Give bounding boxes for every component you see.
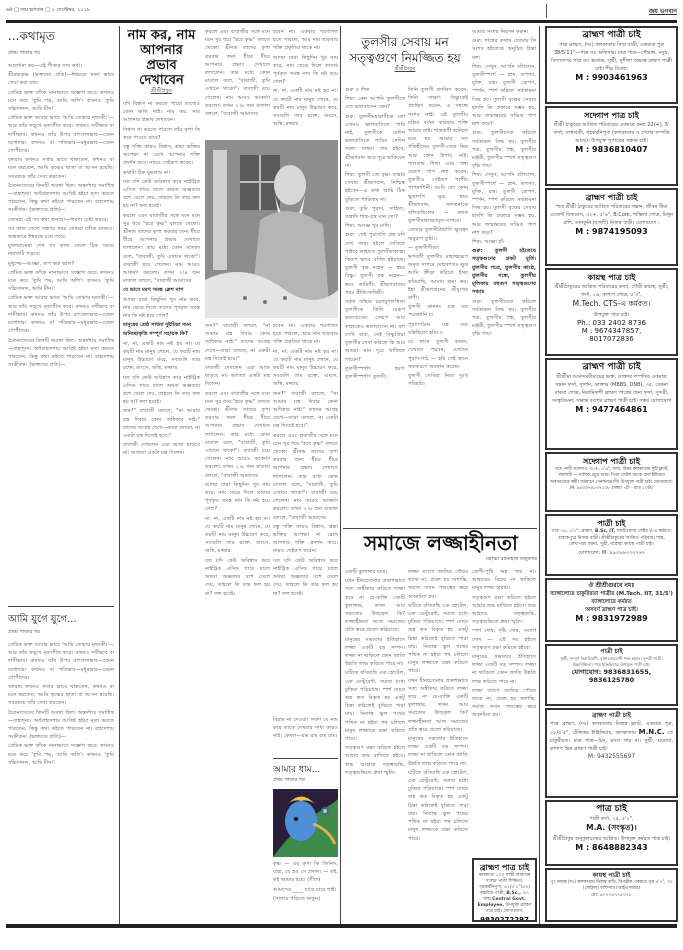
article-tulsi-col1: গুরু ও শিষ্য শিষ্য: কেন আপনি তুলসীকে এত … <box>345 86 405 526</box>
ad-phone: 9830272297 <box>477 915 532 922</box>
ad-body: শ্রীশ্রী ঠাকুরের আশ্রিত পরিবারের একমাত্র… <box>550 121 673 145</box>
article-samaje-col3: রোগী-পুষ্টি অন্ন খায় না। আহারের বিচার ন… <box>472 568 536 858</box>
paragraph: প্রেমিক ভক্ত তাঁকে নানাভাবে সম্ভোগ করে। … <box>8 742 114 767</box>
ad-highlight: M.N.C. <box>639 728 665 736</box>
ad-body: পাত্র ৩৬, ৫'৮", ব্রাহ্মণ, B.Sc, IT, সফটও… <box>550 529 673 549</box>
paragraph: — তুলসীগীতা। <box>408 244 468 252</box>
paragraph: শিষ্য: আজ্ঞে খুব মানি। <box>345 222 405 230</box>
paragraph: গুরু: তুলসীমহারাণীকে তো এখনও ভালবাসিতে প… <box>345 113 405 170</box>
ad-highlight: M.A. (সংস্কৃত)। <box>550 823 673 835</box>
column-divider <box>539 26 540 924</box>
ad-body: পাত্র ব্রাহ্মণ, (দঃ) কলকাতায় নিজস্ব ফ্ল… <box>550 720 673 753</box>
paragraph: আচ্ছা যারা কিছুদিন খুব নাম করে, নাম ছেড়… <box>123 296 200 321</box>
ad-body: সুশ্রী, সম্পূর্ণ নিরামিষাশী, বাঙ্গালোরবা… <box>550 656 673 668</box>
paragraph: যদি বিশ্বাস না করতে পারো তাতেও কোন ক্ষতি… <box>123 100 200 125</box>
article-byline: শ্রীশ্রীঠাকুর <box>345 66 465 74</box>
ad-body: পাত্র শ্রীশ্রী ঠাকুরের আশ্রিত পরিবারের স… <box>550 203 673 227</box>
article-body: যদি বিশ্বাস না করতে পারো তাতেও কোন ক্ষতি… <box>123 100 200 458</box>
ad-title: সদ্গোপ পাত্রী চাই <box>550 456 673 467</box>
article-tulsi-col2: তিনি তুলসী প্রদক্ষিণ করেন, তিনি সাক্ষাৎ … <box>408 86 468 526</box>
paragraph: করলে এবং বাবাজীর সঙ্গে মনে মনে সুর ধরে "… <box>123 212 200 286</box>
classified-ad-10: ব্রাহ্মণ পাত্রী চাই পাত্র ব্রাহ্মণ, (দঃ)… <box>545 708 678 798</box>
paragraph: আমার সংশয় নিরসন করুন। <box>472 28 536 36</box>
subhead: মানুষের শ্রেষ্ঠ সাধনা দুষ্টচিন্তা দমন <box>123 321 200 329</box>
paragraph: আচ্ছা যারা কিছুদিন খুব নাম করে, নাম ছেড়… <box>205 481 270 514</box>
paragraph: কথাটা ঠিক বুঝলাম না। <box>123 169 200 177</box>
subhead: যে ভাবে মরণ সমস্ত ক্লেশ নাশ <box>123 286 200 294</box>
paragraph: ঘটিতে বসিয়াছি এক হোটেল, এক রেস্টুরেন্ট,… <box>345 669 405 743</box>
paragraph: ভগবতী তুলসীর মাহাত্ম্যরূপ অমৃত সাগরে মোহ… <box>408 253 468 302</box>
paragraph: তিনি তুলসী প্রদক্ষিণ করেন, তিনি সাক্ষাৎ … <box>408 86 468 225</box>
paragraph: না, না, একটি নাম নষ্ট হয় না। যে কয়টি ন… <box>123 340 200 373</box>
bold-paragraph: গুরু: তুলসী হইতেছে সত্ত্বগুণের প্রকট মূর… <box>472 247 536 296</box>
ad-title: ব্রাহ্মণ পাত্রী চাই <box>550 30 673 41</box>
paragraph: যত যদি কেউ অবিশ্বাস করে নাইট্রিক এসিড গা… <box>123 374 200 407</box>
article-body: হবেন না। একবার শরণাগত হতে পারলে, আর নাম … <box>273 28 338 128</box>
ad-body: পাত্র পদবী সদ্গোপ, ৩০+, ৫'৬", ফর্সা, উত্… <box>550 467 673 493</box>
paragraph: (পাতায় পড়িতে থাকুন) <box>273 895 338 903</box>
article-title: সমাজে লজ্জাহীনতা <box>345 530 537 556</box>
ad-phone: 8017072836 <box>550 335 673 343</box>
ad-body: ব্যাঙ্গালোরে কর্মরত <box>550 598 673 606</box>
ad-body: পাত্র ব্রাহ্মণ, (দঃ) কলকাতায় নিজ বাড়ী,… <box>550 41 673 73</box>
paragraph: জন?" বাবাজী বললে, "না আমার মন্ত্র দিবার … <box>123 407 200 440</box>
paragraph: শিষ্য: কেন আপনি তুলসীকে এত ভালবাসেন কেন? <box>345 95 405 111</box>
article-byline: প্রথম পাতার পর <box>8 629 114 637</box>
paragraph: কৃষ্ণ — এর কৃপা কি জিনিস, যাহা, যে হও সে… <box>273 860 338 885</box>
paragraph: গুরু: শাস্ত্রের কথায় তোমার কি সংশয় হইত… <box>472 37 536 62</box>
article-samaje-col2: লজ্জা ত্যাগে জাতির গৌরব থাকে না, প্রবল হ… <box>408 568 468 923</box>
ad-title: পাত্র চাই <box>550 804 673 815</box>
article-title: ...কথামৃত <box>8 28 114 48</box>
ad-phone: M : 8648882343 <box>550 843 673 853</box>
classified-ad-4: কায়স্থ পাত্র চাই শ্রীশ্রীঠাকুরের আশ্রিত… <box>545 268 678 356</box>
ad-body: শ্রীশ্রীঠাকুর অনুকূলচন্দ্রের আশ্রিত। উপয… <box>550 835 673 843</box>
paragraph: লজ্জা ত্যাগে জাতির গৌরব থাকে না, প্রবল হ… <box>472 687 536 720</box>
krishna-painting-icon <box>273 789 338 857</box>
paragraph: আচ্ছা যারা কিছুদিন খুব নাম করে, নাম ছেড়… <box>273 54 338 87</box>
ad-title: পাত্রী চাই <box>550 518 673 529</box>
paragraph: গুরু ও শিষ্য <box>345 86 405 94</box>
article-body: গুরু ও শিষ্য শিষ্য: কেন আপনি তুলসীকে এত … <box>345 86 405 381</box>
paragraph: যত যদি কেউ অবিশ্বাস করে নাইট্রিক এসিড গা… <box>205 557 270 598</box>
paragraph: আরাধনা কর—এই গীতার সার কথা। <box>8 62 114 70</box>
article-byline: প্রথম পাতার পর <box>273 777 338 785</box>
article-body: জন?" বাবাজী বললে, "না আমার মন্ত্র দিবার … <box>205 322 270 598</box>
article-samaje-col1: একটি কুলাঙ্গার মাত্র। যখন হীনচেতনার প্রক… <box>345 568 405 923</box>
paragraph: প্রেমিক ভক্ত তাঁকে নানাভাবে সম্ভোগ করে। … <box>8 89 114 114</box>
article-title: আমার ধাম... <box>273 762 338 777</box>
article-body: লজ্জা ত্যাগে জাতির গৌরব থাকে না, প্রবল হ… <box>408 568 468 843</box>
ad-body: কলকাতা ১০০ শাস্ত্রী আবাসন সংলগ্ন পাত্রী … <box>477 873 532 915</box>
ad-body: পুঃ কায়স্থ (দঃ) কলকাতায় নিজস্ব বাড়ি, … <box>550 880 673 892</box>
classified-ad-brahmin-groom: ব্রাহ্মণ পাত্র চাই কলকাতা ১০০ শাস্ত্রী আ… <box>472 858 537 922</box>
paragraph: চৈতন্যদেবের তিনটি অবস্থা ছিল। অন্তর্দশায… <box>8 709 114 742</box>
article-body: আমার সংশয় নিরসন করুন। গুরু: শাস্ত্রের ক… <box>472 28 536 339</box>
paragraph: না, না, একটি নাম নষ্ট হয় না। যে কয়টি ন… <box>205 515 270 556</box>
article-body: আরাধনা কর—এই গীতার সার কথা। শ্রীরামকৃষ্ণ… <box>8 62 114 369</box>
paragraph: জন?" বাবাজী বললে, "না আমার মন্ত্র দিবার … <box>205 322 270 363</box>
article-tulsi-col3: আমার সংশয় নিরসন করুন। গুরু: শাস্ত্রের ক… <box>472 28 536 526</box>
ad-phone: M : 9836810407 <box>550 145 673 155</box>
ad-body: শ্রীশ্রীঠাকুরের আশ্রিত পরিবারের কন্যা, গ… <box>550 283 673 299</box>
ad-body: পাত্রী ফর্সা, ২৫, ৫'২", <box>550 815 673 823</box>
ad-title: ব্রাহ্মণ পাত্র চাই <box>477 862 532 873</box>
paragraph: প্রেমিক ভক্ত তাঁকে নানাভাবে সম্ভোগ করে। … <box>8 269 114 294</box>
paragraph: করলে এবং বাবাজীর সঙ্গে মনে মনে সুর ধরে "… <box>205 28 270 118</box>
paragraph: ঘটিতে বসিয়াছি এক হোটেল, এক রেস্টুরেন্ট,… <box>408 769 468 843</box>
ad-phone: 9836125780 <box>550 676 673 684</box>
paragraph: মানুষের সভ্যতার ইতিহাসে লজ্জা একটি বড় স… <box>472 653 536 686</box>
column-divider <box>119 26 120 924</box>
article-title: আমি যুগে যুগে... <box>8 612 114 629</box>
masthead: জয় ভগবান <box>649 6 677 17</box>
ad-phone: M : 9874195093 <box>550 227 673 237</box>
classified-ad-9: পাত্রী চাই সুশ্রী, সম্পূর্ণ নিরামিষাশী, … <box>545 644 678 706</box>
paragraph: আমাদের ____ যারে যারে পাই। <box>273 886 338 894</box>
ad-highlight: B.Sc, IT, <box>595 529 615 534</box>
ad-title: সদ্গোপ পাত্র চাই <box>550 110 673 121</box>
article-naam-kar-lower-col3: হবেন না। একবার শরণাগত হতে পারলে, আর নাম … <box>273 322 338 742</box>
classified-ad-6: সদ্গোপ পাত্রী চাই পাত্র পদবী সদ্গোপ, ৩০+… <box>545 452 678 512</box>
paragraph: সত্ত্বগুণ রক্ষা করিতে হইলে আহার শুদ্ধ রা… <box>472 594 536 627</box>
article-naam-kar-lower-col2: জন?" বাবাজী বললে, "না আমার মন্ত্র দিবার … <box>205 322 270 742</box>
page-header: ৬ষ্ঠ □ জয় ভগবান □ ২ সেপ্টেম্বর, ২০১৮ জয… <box>6 4 677 18</box>
article-byline: প্রথম পাতার পর <box>8 50 114 58</box>
ad-phone: মো: ৯০৭৩৫৭৭৫০৭৮ <box>550 892 673 900</box>
paragraph: পুরাণপঠনং যত্র তত্র সন্নিহিতো হরিঃ।। <box>408 321 468 337</box>
paragraph: শিষ্য: তুলসী তো বৃক্ষ। তাহার সেবায় শ্রী… <box>345 171 405 204</box>
paragraph: মুখুজ্জে—আজ্ঞা, জপ করা ভাল? <box>8 260 114 268</box>
paragraph: চৈতন্যদেবের তিনটি অবস্থা ছিল। অন্তর্দশায… <box>8 337 114 370</box>
classified-ad-3: ব্রাহ্মণ পাত্রী চাই পাত্র শ্রীশ্রী ঠাকুর… <box>545 188 678 266</box>
article-ami-juge: আমি যুগে যুগে... প্রথম পাতার পর প্রেমিক … <box>8 612 114 922</box>
ad-title: ব্রাহ্মণ পাত্রী চাই <box>550 712 673 720</box>
paragraph: যখন হীনচেতনার প্রকাশভাবে সত্য অস্বীকার ক… <box>408 677 468 734</box>
ad-phone: M : 9831972989 <box>550 614 673 624</box>
ad-phone: M : 9903461963 <box>550 73 673 83</box>
bottom-rule <box>6 924 677 928</box>
paragraph: তুলসীস্পর্শাৎ হয়াৎ তুলসীস্পর্শাৎ তুলসী। <box>345 365 405 381</box>
classified-ad-12: কায়স্থ পাত্রী চাই পুঃ কায়স্থ (দঃ) কলকা… <box>545 868 678 922</box>
paragraph: গুরু: তুলসীসেবা করিলে সর্বকামনা সিদ্ধ হয… <box>472 129 536 170</box>
paragraph: ঘটিতে বসিয়াছি এক হোটেল, এক রেস্টুরেন্ট,… <box>408 602 468 676</box>
ad-highlight: B.Sc., <box>506 891 520 896</box>
classified-ad-5: ব্রাহ্মণ পাত্রী চাই শ্রীশ্রীমা আনন্দময়ী… <box>545 358 678 450</box>
paragraph: চৈতন্যদেবের তিনটি অবস্থা ছিল। অন্তর্দশায… <box>8 182 114 215</box>
article-naam-kar: নাম কর, নাম আপনার প্রভাব দেখাবেন শ্রীশ্র… <box>123 28 200 923</box>
ad-body: অসবর্ণ ব্রাহ্মণ পাত্র চাই। <box>550 606 673 614</box>
article-body: রোগী-পুষ্টি অন্ন খায় না। আহারের বিচার ন… <box>472 568 536 720</box>
paragraph: প্রেমিক ভক্ত আবার ভাবে 'আমি তোমার নৃত্যক… <box>8 114 114 155</box>
paragraph: বস্তু শক্তি কারও বিশ্বাস, শ্রদ্ধা ভক্তির… <box>273 523 338 556</box>
article-title: তুলসীর সেবায় মন সত্ত্বগুণে নিমজ্জিত হয় <box>345 34 465 66</box>
paragraph: বলরাম কখনও সখার ভাবে থাকতেন, কখনও বা মনে… <box>8 156 114 181</box>
paragraph: বিশ্বাস না করতে পারলে তাঁর কৃপা কি করে প… <box>123 126 200 142</box>
paragraph: যখন হীনচেতনার প্রকাশভাবে সত্য অস্বীকার ক… <box>345 577 405 634</box>
article-body: হবেন না। একবার শরণাগত হতে পারলে, আর নাম … <box>273 322 338 598</box>
article-kathamrita: ...কথামৃত প্রথম পাতার পর আরাধনা কর—এই গী… <box>8 28 114 598</box>
paragraph: বাবাজী দেখলেন এরা আজ ছাড়বে না। অগত্যা এ… <box>123 441 200 457</box>
ad-title: কায়স্থ পাত্র চাই <box>550 272 673 283</box>
ad-text: পাত্র ৩৬, ৫'৮", ব্রাহ্মণ, <box>551 529 593 534</box>
section-divider <box>8 606 114 607</box>
article-byline: শ্রীশ্রীঠাকুর <box>123 88 200 96</box>
page-info: ৬ষ্ঠ □ জয় ভগবান □ ২ সেপ্টেম্বর, ২০১৮ <box>6 7 90 15</box>
subhead: অনিচ্ছাকৃতি সম্পূর্ণ সহায়ক কি? <box>123 330 200 338</box>
article-body: প্রেমিক ভক্ত আবার ভাবে 'আমি তোমার নৃত্যক… <box>8 641 114 767</box>
paragraph: সব কাজ ফেলে সন্ধ্যার সময় তোমরা তাঁকে ডা… <box>8 225 114 241</box>
samaje-byline-wrap: মহাত্মা রামনহাল মজুমদার <box>440 556 537 566</box>
ad-phone: যোগাযোগ: 9836831655, <box>550 668 673 676</box>
ad-title: কায়স্থ পাত্রী চাই <box>550 872 673 880</box>
paragraph: বিরাম না দেওয়া। সর্বদা যে নাম করে তাকে … <box>273 716 338 741</box>
paragraph: না, না, একটি নাম নষ্ট হয় না। যে কয়টি ন… <box>273 348 338 389</box>
paragraph: না, না, একটি নাম নষ্ট হয় না। যে কয়টি ন… <box>273 87 338 128</box>
article-body: কৃষ্ণ — এর কৃপা কি জিনিস, যাহা, যে হও সে… <box>273 860 338 903</box>
amar-dham-pretext: বিরাম না দেওয়া। সর্বদা যে নাম করে তাকে … <box>273 716 338 756</box>
paragraph: মুসলমানেরা দেখ সব কাজ ফেলে ঠিক সময়ে নমা… <box>8 242 114 258</box>
ad-title: ব্রাহ্মণ পাত্রী চাই <box>550 192 673 203</box>
paragraph: শ্রীরামকৃষ্ণ (ভক্তদের প্রতি)—ঈশ্বরকে নান… <box>8 71 114 87</box>
paragraph: স্পর্শ দোষ, দৃষ্টি দোষ, সংসর্গ দোষ — এই … <box>472 627 536 652</box>
paragraph: তুলসী কাননং যত্র যত্র পদ্মবনানি চ। <box>408 303 468 319</box>
ad-title: পাত্রী চাই <box>550 648 673 656</box>
paragraph: বস্তু শক্তি কারও বিশ্বাস, শ্রদ্ধা ভক্তির… <box>123 143 200 168</box>
article-body: একটি কুলাঙ্গার মাত্র। যখন হীনচেতনার প্রক… <box>345 568 405 777</box>
paragraph: তোমরা এই সব কথা শুনছো—ধারণা চেষ্টা করবে। <box>8 216 114 224</box>
header-divider <box>546 4 547 18</box>
paragraph: বাবাজী দেখলেন এরা আজ ছাড়বে না। অগত্যা এ… <box>205 364 270 389</box>
classified-ad-1: ব্রাহ্মণ পাত্রী চাই পাত্র ব্রাহ্মণ, (দঃ)… <box>545 26 678 104</box>
sadhu-image-icon <box>205 140 338 318</box>
ad-phone: M: 9432555697 <box>550 753 673 761</box>
paragraph: করলে এবং বাবাজীর সঙ্গে মনে মনে সুর ধরে "… <box>273 432 338 522</box>
article-body: করলে এবং বাবাজীর সঙ্গে মনে মনে সুর ধরে "… <box>205 28 270 118</box>
paragraph: সত্ত্বগুণ রক্ষা করিতে হইলে আহার শুদ্ধ রা… <box>345 744 405 777</box>
paragraph: করলে এবং বাবাজীর সঙ্গে মনে মনে সুর ধরে "… <box>205 390 270 480</box>
article-naam-kar-col3: হবেন না। একবার শরণাগত হতে পারলে, আর নাম … <box>273 28 338 138</box>
top-rule <box>6 20 677 23</box>
paragraph: গুরু: সেই পুরাণাদি গ্রন্থ যদি দেখ তাহা হ… <box>345 231 405 297</box>
classified-ad-2: সদ্গোপ পাত্র চাই শ্রীশ্রী ঠাকুরের আশ্রিত… <box>545 106 678 186</box>
article-amar-dham: আমার ধাম... প্রথম পাতার পর কৃষ্ণ — এর কৃ… <box>273 762 338 922</box>
paragraph: মানুষের সভ্যতার ইতিহাসে লজ্জা একটি বড় স… <box>345 636 405 669</box>
newspaper-page: ৬ষ্ঠ □ জয় ভগবান □ ২ সেপ্টেম্বর, ২০১৮ জয… <box>0 0 683 950</box>
paragraph: প্রেমিক ভক্ত আবার ভাবে 'আমি তোমার নৃত্যক… <box>8 641 114 682</box>
classified-ad-11: পাত্র চাই পাত্রী ফর্সা, ২৫, ৫'২", M.A. (… <box>545 800 678 866</box>
ad-body: শ্রীশ্রীমা আনন্দময়ীমায়ের ভক্ত, ডাক্তার… <box>550 373 673 405</box>
paragraph: তোমার তুলসীপ্রিয়াসি ক্ষুদ্রত্বং অমুরাগ … <box>408 226 468 242</box>
ad-body: ব্যাঙ্গালোরে চাকুরিরতা পাত্রীর (M.Tech. … <box>550 590 673 598</box>
article-body: তিনি তুলসী প্রদক্ষিণ করেন, তিনি সাক্ষাৎ … <box>408 86 468 388</box>
ad-phone: M : 9674347857, <box>550 327 673 335</box>
article-samaje-header: সমাজে লজ্জাহীনতা <box>345 512 537 556</box>
paragraph: যত যদি কেউ অবিশ্বাস করে নাইট্রিক এসিড গা… <box>273 557 338 598</box>
ad-body: উপযুক্ত পাত্র চাই। <box>550 311 673 319</box>
section-divider <box>273 758 338 759</box>
paragraph: তুলসী সেবিয়া নিত্য দুঃখ পরিহরি। <box>408 372 468 388</box>
ad-highlight: M.Tech. CTS-এ কর্মরত। <box>550 299 673 311</box>
article-byline: মহাত্মা রামনহাল মজুমদার <box>440 556 537 564</box>
paragraph: সর্বদা তাঁহার চরণযুগলস্থিতা তুলসীকে তিনি… <box>345 298 405 364</box>
article-tulsi-header: তুলসীর সেবায় মন সত্ত্বগুণে নিমজ্জিত হয়… <box>345 34 465 84</box>
paragraph: জন?" বাবাজী বললে, "না আমার মন্ত্র দিবার … <box>273 390 338 431</box>
paragraph: লজ্জা ত্যাগে জাতির গৌরব থাকে না, প্রবল হ… <box>408 568 468 601</box>
ad-title: ব্রাহ্মণ পাত্রী চাই <box>550 362 673 373</box>
paragraph: একটি কুলাঙ্গার মাত্র। <box>345 568 405 576</box>
paragraph: গুরু: তুমি পুরাণ, সাহিত্য, তন্ত্রাদি শাস… <box>345 205 405 221</box>
ad-phone: Ph.: 033 2402 8736 <box>550 319 673 327</box>
ad-phone: M : 9477464861 <box>550 405 673 415</box>
krishna-image <box>273 789 338 857</box>
paragraph: গুরু: তুলসীসেবা করিলে সর্বকামনা সিদ্ধ হয… <box>472 298 536 339</box>
column-divider <box>340 26 341 924</box>
paragraph: যে স্থানে তুলসী কানন, যেখানে পদ্মবন, যেখ… <box>408 338 468 371</box>
ad-phone: যোগাযোগ: M: ৯৯৩৯৬৩৩৩৭৬৭ <box>550 549 673 557</box>
paragraph: শিষ্য: দেখুন, আপনি বলিলেন, তুলসীস্পর্শে … <box>472 63 536 129</box>
paragraph: যত যদি কেউ অবিশ্বাস করে নাইট্রিক এসিড গা… <box>123 178 200 211</box>
sadhu-photo <box>205 140 338 318</box>
classified-ad-8: ঔ শ্রীশ্রীগুরবে নমঃ ব্যাঙ্গালোরে চাকুরির… <box>545 578 678 642</box>
article-naam-kar-col2: করলে এবং বাবাজীর সঙ্গে মনে মনে সুর ধরে "… <box>205 28 270 138</box>
paragraph: শিষ্য: আজ্ঞা হাঁ। <box>472 238 536 246</box>
paragraph: শিষ্য: দেখুন, আপনি বলিলেন, তুলসীস্পর্শে … <box>472 171 536 237</box>
paragraph: হবেন না। একবার শরণাগত হতে পারলে, আর নাম … <box>273 322 338 347</box>
ad-title: ঔ শ্রীশ্রীগুরবে নমঃ <box>550 582 673 590</box>
paragraph: মানুষের সভ্যতার ইতিহাসে লজ্জা একটি বড় স… <box>408 735 468 768</box>
paragraph: বলরাম কখনও সখার ভাবে থাকতেন, কখনও বা মনে… <box>8 683 114 708</box>
article-title: নাম কর, নাম আপনার প্রভাব দেখাবেন <box>123 28 200 88</box>
paragraph: রোগী-পুষ্টি অন্ন খায় না। আহারের বিচার ন… <box>472 568 536 593</box>
paragraph: প্রেমিক ভক্ত আবার ভাবে 'আমি তোমার নৃত্যক… <box>8 294 114 335</box>
classified-ad-7: পাত্রী চাই পাত্র ৩৬, ৫'৮", ব্রাহ্মণ, B.S… <box>545 514 678 576</box>
paragraph: হবেন না। একবার শরণাগত হতে পারলে, আর নাম … <box>273 28 338 53</box>
